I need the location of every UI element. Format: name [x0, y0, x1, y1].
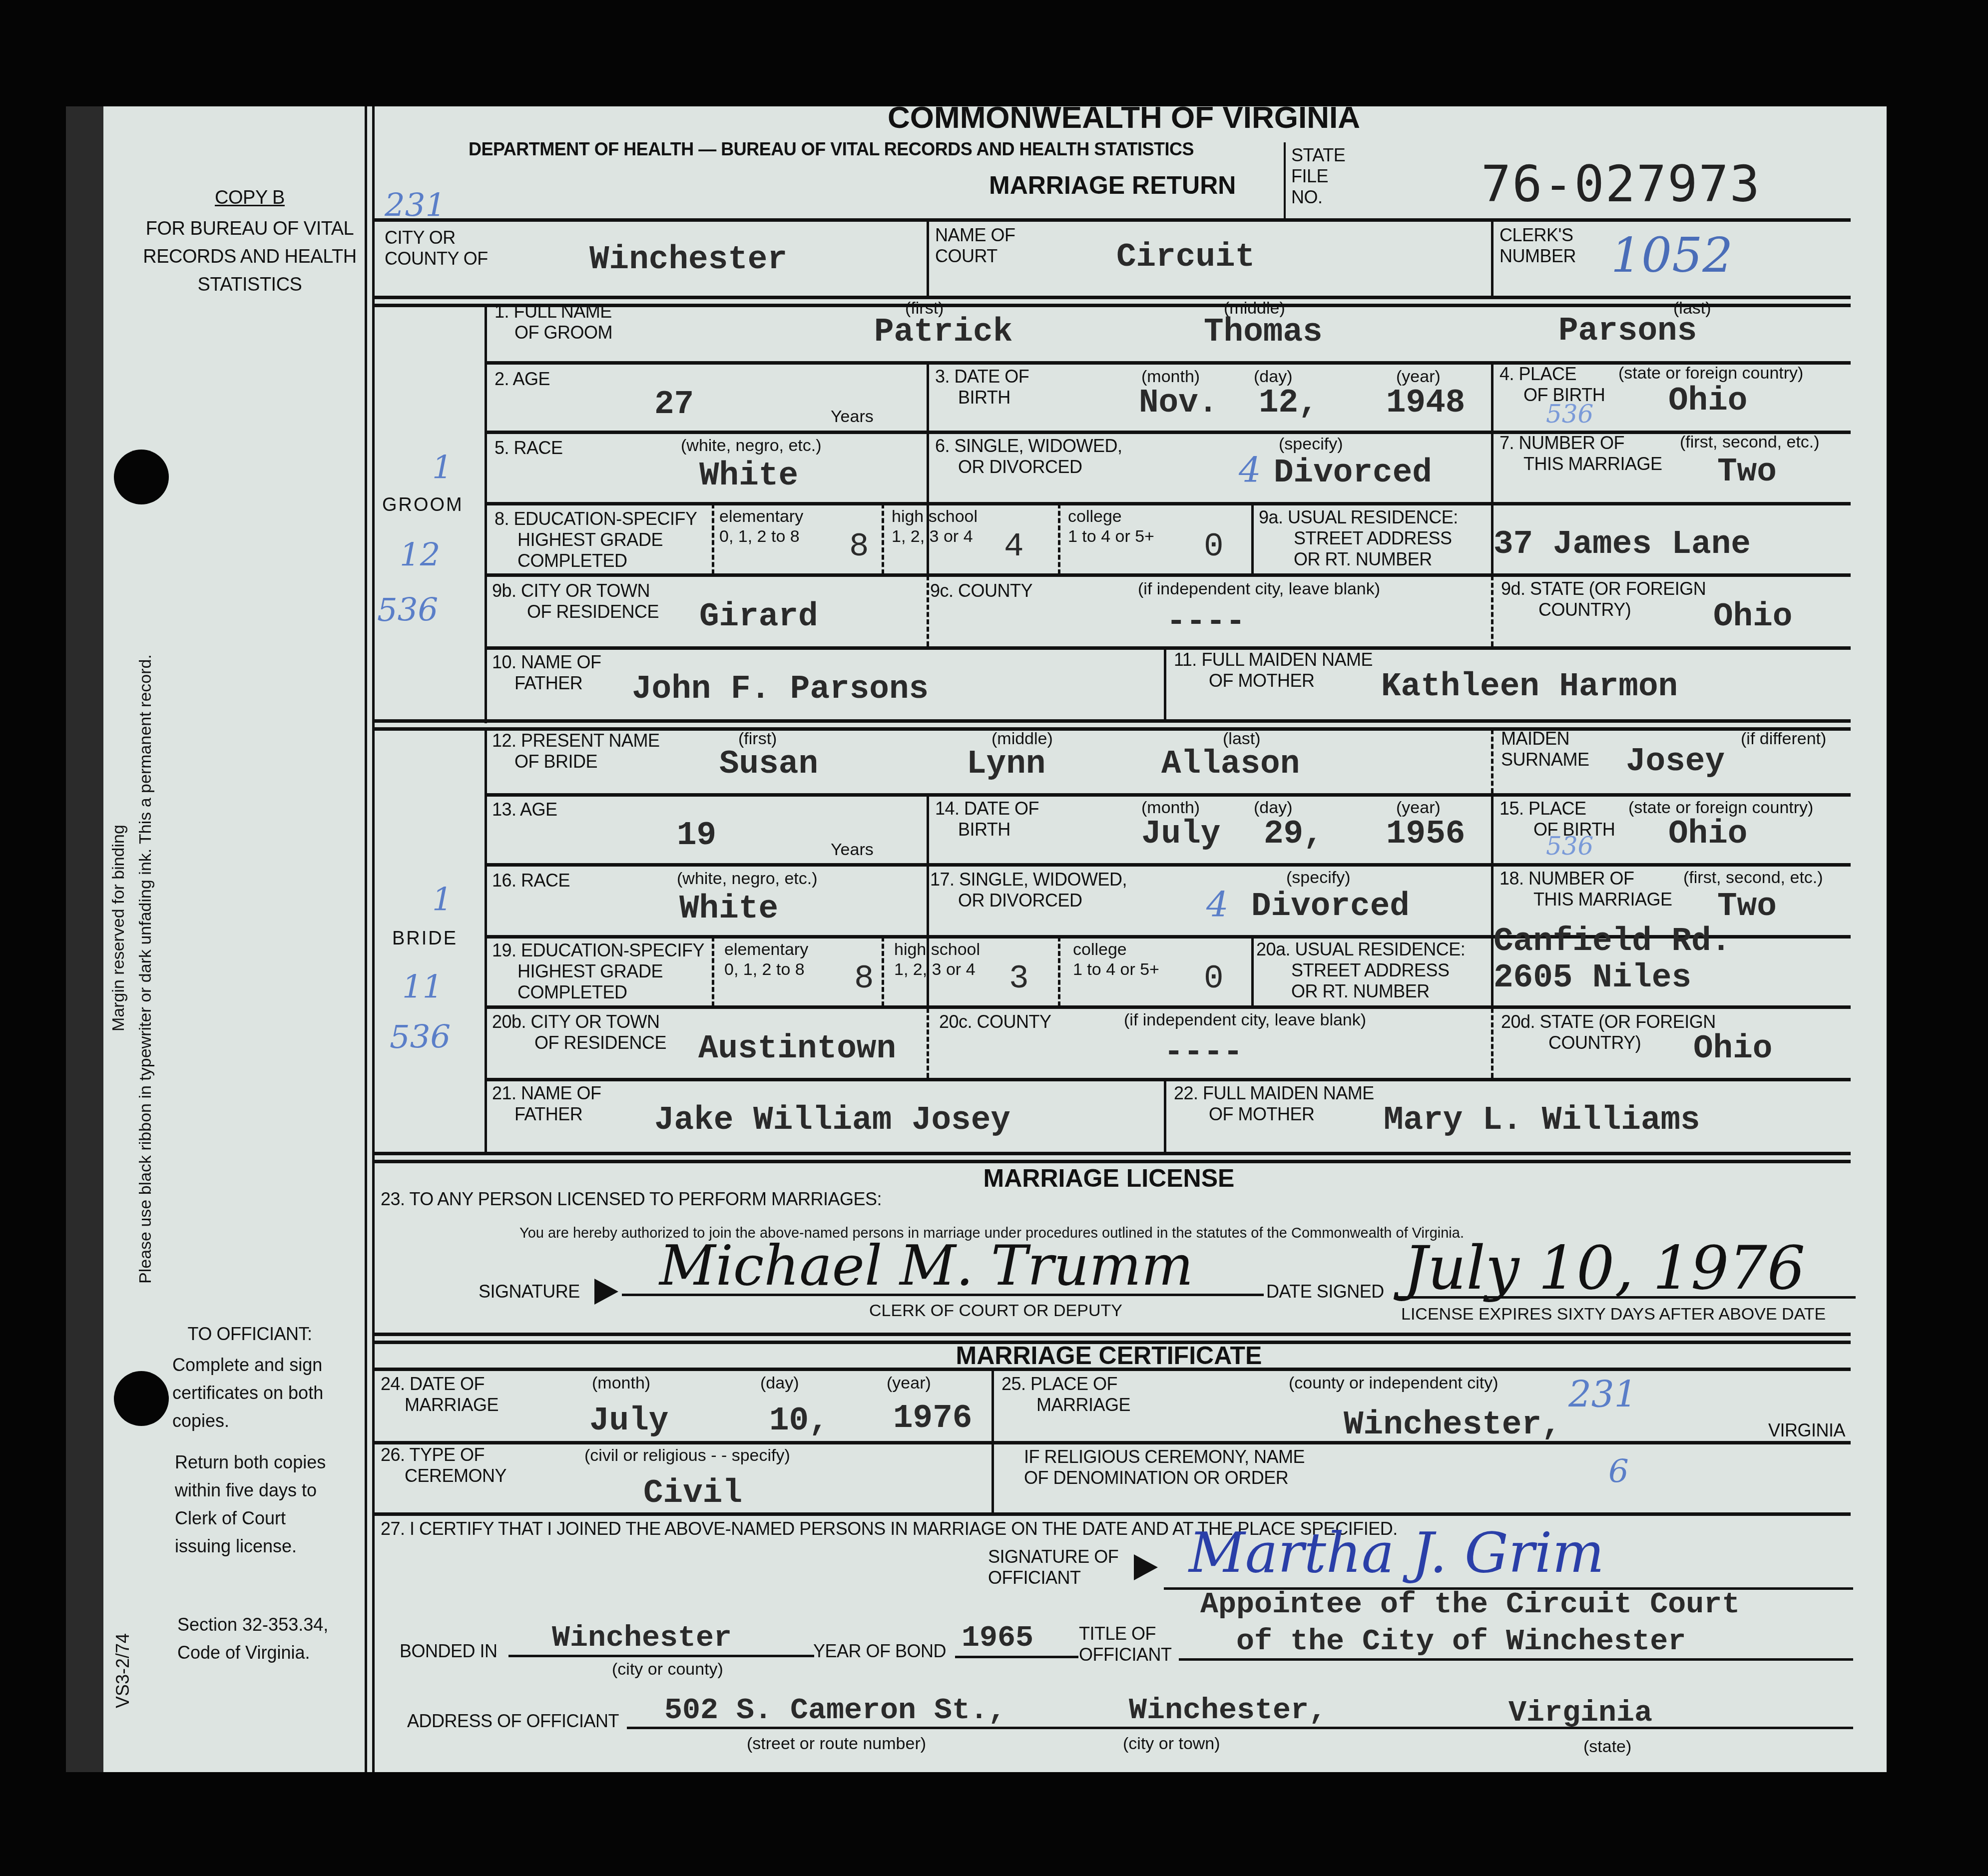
clerk-signature: Michael M. Trumm: [659, 1234, 1193, 1298]
bride-state: Ohio: [1693, 1031, 1772, 1066]
hint: (day): [760, 1374, 799, 1393]
groom-street-address: 37 James Lane: [1493, 527, 1751, 562]
groom-mother-label-2: OF MOTHER: [1209, 670, 1314, 691]
bride-edu-label-3: COMPLETED: [517, 982, 627, 1003]
bride-pob: Ohio: [1668, 817, 1747, 852]
bride-race-label: 16. RACE: [492, 870, 570, 891]
divider: [1491, 218, 1493, 298]
state-file-label-1: STATE: [1291, 145, 1345, 166]
frame-line: [365, 106, 367, 1772]
rule: [372, 1333, 1851, 1336]
bride-code-1: 1: [432, 882, 453, 919]
years-label: Years: [831, 407, 874, 426]
groom-pob: Ohio: [1668, 384, 1747, 419]
rule: [485, 793, 1851, 797]
hint: elementary: [719, 507, 803, 526]
groom-status: Divorced: [1274, 456, 1432, 490]
bride-status-label-1: 17. SINGLE, WIDOWED,: [930, 869, 1127, 890]
rule: [372, 719, 1851, 723]
bride-mother-label-2: OF MOTHER: [1209, 1104, 1314, 1125]
marriage-place-label-1: 25. PLACE OF: [1001, 1374, 1117, 1395]
bonded-in: Winchester: [552, 1621, 732, 1656]
bride-county-label: 20c. COUNTY: [939, 1011, 1051, 1032]
hint: (month): [1141, 798, 1200, 817]
hint: (if independent city, leave blank): [1138, 579, 1380, 598]
court-label-2: COURT: [935, 246, 997, 267]
hint: 1 to 4 or 5+: [1068, 527, 1154, 546]
hint: high school: [892, 507, 978, 526]
return-instruction-1: Return both copies: [175, 1448, 326, 1476]
groom-pob-code: 536: [1546, 400, 1593, 429]
bond-year-line: [955, 1656, 1078, 1658]
marriage-year: 1976: [893, 1401, 972, 1436]
groom-middle-name: Thomas: [1204, 315, 1323, 350]
bride-dob-label-2: BIRTH: [958, 819, 1010, 840]
city-label-2: COUNTY OF: [385, 248, 488, 269]
groom-race: White: [699, 459, 798, 493]
city-value: Winchester: [589, 242, 787, 277]
groom-county-label: 9c. COUNTY: [930, 580, 1032, 601]
divider: [927, 575, 929, 646]
hint: 0, 1, 2 to 8: [724, 960, 805, 979]
hint: (civil or religious - - specify): [584, 1446, 790, 1465]
marriage-place-label-2: MARRIAGE: [1036, 1395, 1130, 1415]
code-section-1: Section 32-353.34,: [177, 1611, 328, 1639]
bride-edu-label-1: 19. EDUCATION-SPECIFY: [492, 940, 704, 961]
groom-last-name: Parsons: [1558, 314, 1697, 349]
officiant-title-line-1: Appointee of the Circuit Court: [1200, 1587, 1740, 1622]
officiant-title-line-2: of the City of Winchester: [1236, 1624, 1686, 1659]
divider: [485, 727, 487, 1152]
bride-father-label-2: FATHER: [514, 1104, 582, 1125]
marriage-date-label-1: 24. DATE OF: [381, 1374, 485, 1395]
rule: [372, 1441, 1851, 1444]
groom-state-label-2: COUNTRY): [1538, 599, 1631, 620]
divider: [1251, 937, 1254, 1006]
hint: (year): [887, 1374, 931, 1393]
marriage-place-state: VIRGINIA: [1768, 1420, 1845, 1441]
groom-city: Girard: [699, 599, 818, 634]
groom-hs-grade: 4: [1004, 529, 1024, 564]
groom-mother-label-1: 11. FULL MAIDEN NAME: [1174, 649, 1373, 670]
groom-num-label-2: THIS MARRIAGE: [1523, 454, 1662, 474]
hint: (county or independent city): [1289, 1374, 1498, 1393]
groom-dob-year: 1948: [1386, 386, 1465, 421]
bride-father: Jake William Josey: [654, 1103, 1010, 1138]
groom-status-label-2: OR DIVORCED: [958, 457, 1082, 477]
rule: [485, 646, 1851, 650]
hint: (month): [592, 1374, 650, 1393]
rule: [485, 1078, 1851, 1081]
divider: [1058, 503, 1060, 574]
bride-city-label-1: 20b. CITY OR TOWN: [492, 1011, 660, 1032]
hint: (if different): [1741, 729, 1826, 748]
groom-dob-label-2: BIRTH: [958, 387, 1010, 408]
religious-code: 6: [1608, 1453, 1629, 1490]
state-file-label-3: NO.: [1291, 187, 1323, 208]
clerk-label-2: NUMBER: [1499, 246, 1576, 267]
bride-first-name: Susan: [719, 747, 818, 782]
groom-dob-label-1: 3. DATE OF: [935, 366, 1029, 387]
marriage-day: 10,: [769, 1404, 829, 1438]
groom-res-label-3: OR RT. NUMBER: [1294, 549, 1432, 570]
arrow-right-icon: [594, 1279, 618, 1305]
officiant-instruction-1: Complete and sign: [172, 1351, 322, 1379]
hint: (month): [1141, 367, 1200, 386]
groom-res-label-2: STREET ADDRESS: [1294, 528, 1452, 549]
ink-note: Please use black ribbon in typewriter or…: [136, 654, 155, 1284]
form-title: MARRIAGE RETURN: [989, 171, 1236, 200]
officiant-title-label-2: OFFICIANT: [1079, 1644, 1171, 1665]
groom-mother: Kathleen Harmon: [1381, 669, 1678, 704]
rule: [372, 1512, 1851, 1516]
groom-name-label-1: 1. FULL NAME: [495, 301, 612, 322]
bride-maiden-label-1: MAIDEN: [1501, 728, 1569, 749]
bride-age: 19: [677, 818, 716, 853]
address-label: ADDRESS OF OFFICIANT: [407, 1711, 619, 1732]
bride-middle-name: Lynn: [967, 747, 1045, 782]
bond-year-label: YEAR OF BOND: [813, 1641, 946, 1662]
divider: [882, 937, 884, 1006]
bride-county: ----: [1164, 1035, 1243, 1070]
groom-pob-label-1: 4. PLACE: [1499, 364, 1576, 385]
marriage-month: July: [589, 1404, 668, 1438]
city-hint: (city or town): [1123, 1734, 1220, 1753]
code-section-2: Code of Virginia.: [177, 1639, 310, 1667]
bride-res-label-1: 20a. USUAL RESIDENCE:: [1256, 939, 1465, 960]
hint: (specify): [1286, 868, 1350, 887]
clerk-label-1: CLERK'S: [1499, 225, 1573, 246]
bride-dob-year: 1956: [1386, 817, 1465, 852]
date-signed: July 10, 1976: [1404, 1234, 1805, 1303]
bride-num-label-2: THIS MARRIAGE: [1533, 889, 1672, 910]
bonded-hint: (city or county): [612, 1660, 723, 1679]
court-value: Circuit: [1116, 240, 1255, 275]
divider: [712, 937, 714, 1006]
hint: 1 to 4 or 5+: [1073, 960, 1159, 979]
ceremony-type-label-2: CEREMONY: [405, 1465, 506, 1486]
groom-age: 27: [654, 387, 694, 422]
years-label: Years: [831, 840, 874, 859]
ceremony-type-label-1: 26. TYPE OF: [381, 1444, 485, 1465]
certificate-title: MARRIAGE CERTIFICATE: [849, 1341, 1369, 1370]
bride-maiden-label-2: SURNAME: [1501, 749, 1589, 770]
form-number: VS3-2/74: [112, 1633, 133, 1708]
groom-race-label: 5. RACE: [495, 438, 563, 459]
bride-edu-label-2: HIGHEST GRADE: [517, 961, 663, 982]
groom-state-label-1: 9d. STATE (OR FOREIGN: [1501, 578, 1706, 599]
rule: [485, 863, 1851, 867]
groom-city-label-1: 9b. CITY OR TOWN: [492, 580, 650, 601]
groom-state: Ohio: [1713, 599, 1792, 634]
bonded-label: BONDED IN: [400, 1641, 497, 1662]
bride-res-label-2: STREET ADDRESS: [1291, 960, 1449, 981]
divider: [1491, 1008, 1493, 1078]
groom-edu-label-3: COMPLETED: [517, 550, 627, 571]
groom-county: ----: [1166, 604, 1245, 639]
bride-code-3: 536: [390, 1019, 451, 1056]
divider: [882, 503, 884, 574]
groom-res-label-1: 9a. USUAL RESIDENCE:: [1259, 507, 1458, 528]
divider: [927, 218, 929, 298]
bride-hs-grade: 3: [1009, 961, 1029, 996]
groom-elem-grade: 8: [849, 529, 869, 564]
rule: [372, 218, 1851, 222]
divider: [927, 1008, 929, 1078]
groom-dob-month: Nov.: [1139, 386, 1218, 421]
groom-edu-label-1: 8. EDUCATION-SPECIFY: [495, 508, 697, 529]
bride-state-label-2: COUNTRY): [1548, 1032, 1641, 1053]
bride-label: BRIDE: [392, 928, 458, 949]
city-label-1: CITY OR: [385, 227, 456, 248]
hint: (if independent city, leave blank): [1124, 1010, 1366, 1029]
bride-marriage-number: Two: [1717, 889, 1777, 924]
bride-status-label-2: OR DIVORCED: [958, 890, 1082, 911]
bride-name-label-2: OF BRIDE: [514, 751, 597, 772]
divider: [1284, 142, 1286, 220]
marriage-place-code: 231: [1568, 1374, 1637, 1415]
arrow-right-icon: [1134, 1554, 1158, 1580]
clerk-number: 1052: [1611, 227, 1733, 283]
bride-last-name: Allason: [1161, 747, 1300, 782]
bride-father-label-1: 21. NAME OF: [492, 1083, 601, 1104]
rule: [485, 573, 1851, 577]
groom-status-code: 4: [1239, 450, 1261, 490]
officiant-title-label-1: TITLE OF: [1079, 1623, 1156, 1644]
department-title: DEPARTMENT OF HEALTH — BUREAU OF VITAL R…: [469, 139, 1194, 160]
copy-desc-3: STATISTICS: [115, 271, 385, 299]
street-hint: (street or route number): [747, 1734, 926, 1753]
divider: [1164, 646, 1166, 721]
divider: [1491, 729, 1493, 793]
copy-label: COPY B: [115, 187, 385, 208]
divider: [485, 304, 487, 723]
court-label-1: NAME OF: [935, 225, 1015, 246]
divider: [1491, 575, 1493, 646]
bride-status-code: 4: [1206, 884, 1229, 925]
officiant-instruction-2: certificates on both: [172, 1379, 323, 1407]
bride-street-address-2: 2605 Niles: [1493, 960, 1691, 995]
frame-line: [372, 106, 375, 1772]
return-instruction-3: Clerk of Court: [175, 1504, 286, 1532]
marriage-place: Winchester,: [1344, 1407, 1561, 1442]
groom-father-label-2: FATHER: [514, 673, 582, 694]
binding-strip: [66, 106, 103, 1772]
hint: college: [1073, 940, 1127, 959]
rule: [372, 1152, 1851, 1155]
groom-code-2: 12: [400, 537, 440, 574]
bride-pob-code: 536: [1546, 832, 1593, 861]
officiant-state: Virginia: [1508, 1696, 1652, 1731]
bride-num-label-1: 18. NUMBER OF: [1499, 868, 1634, 889]
bride-pob-label-1: 15. PLACE: [1499, 798, 1586, 819]
groom-father-label-1: 10. NAME OF: [492, 652, 601, 673]
bride-elem-grade: 8: [854, 961, 874, 996]
copy-desc-2: RECORDS AND HEALTH: [115, 243, 385, 271]
hint: 0, 1, 2 to 8: [719, 527, 800, 546]
groom-code-3: 536: [377, 592, 438, 629]
hint: (day): [1254, 367, 1292, 386]
officiant-heading: TO OFFICIANT:: [115, 1324, 385, 1345]
state-file-label-2: FILE: [1291, 166, 1328, 187]
license-expires-note: LICENSE EXPIRES SIXTY DAYS AFTER ABOVE D…: [1401, 1305, 1826, 1324]
divider: [712, 503, 714, 574]
officiant-city: Winchester,: [1129, 1693, 1327, 1728]
punch-hole-icon: [114, 450, 169, 504]
hint: 1, 2, 3 or 4: [894, 960, 976, 979]
hint: (white, negro, etc.): [681, 436, 822, 455]
rule: [372, 296, 1851, 299]
hint: (state or foreign country): [1628, 798, 1813, 817]
bride-dob-day: 29,: [1264, 817, 1323, 852]
groom-code-1: 1: [432, 450, 453, 486]
state-hint: (state): [1583, 1737, 1631, 1756]
hint: (white, negro, etc.): [677, 869, 818, 888]
groom-status-label-1: 6. SINGLE, WIDOWED,: [935, 436, 1122, 457]
rule: [485, 431, 1851, 434]
binding-note: Margin reserved for binding: [109, 825, 128, 1031]
bride-dob-month: July: [1141, 817, 1220, 852]
rule: [372, 1160, 1851, 1163]
bond-year: 1965: [962, 1621, 1033, 1656]
hint: elementary: [724, 940, 808, 959]
divider: [1164, 1078, 1166, 1152]
bride-res-label-3: OR RT. NUMBER: [1291, 981, 1430, 1002]
hint: (specify): [1279, 435, 1343, 454]
officiant-instruction-3: copies.: [172, 1407, 229, 1435]
hint: (state or foreign country): [1618, 364, 1803, 383]
bride-street-address-1: Canfield Rd.: [1493, 924, 1731, 959]
bride-race: White: [679, 892, 778, 927]
bride-state-label-1: 20d. STATE (OR FOREIGN: [1501, 1011, 1716, 1032]
divider: [992, 1443, 994, 1513]
bride-name-label-1: 12. PRESENT NAME: [492, 730, 659, 751]
bride-city: Austintown: [698, 1031, 896, 1066]
bride-mother-label-1: 22. FULL MAIDEN NAME: [1174, 1083, 1374, 1104]
bride-age-label: 13. AGE: [492, 799, 557, 820]
groom-dob-day: 12,: [1259, 386, 1318, 421]
groom-name-label-2: OF GROOM: [514, 322, 612, 343]
officiant-sig-label-2: OFFICIANT: [988, 1567, 1080, 1588]
divider: [1058, 937, 1060, 1006]
divider: [1251, 503, 1254, 574]
state-file-number: 76-027973: [1481, 155, 1761, 213]
officiant-signature: Martha J. Grim: [1189, 1521, 1604, 1585]
groom-marriage-number: Two: [1717, 455, 1777, 489]
groom-edu-label-2: HIGHEST GRADE: [517, 529, 663, 550]
rule: [485, 1005, 1851, 1009]
signature-label: SIGNATURE: [479, 1281, 580, 1302]
groom-num-label-1: 7. NUMBER OF: [1499, 433, 1624, 454]
hint: (day): [1254, 798, 1292, 817]
religious-label-2: OF DENOMINATION OR ORDER: [1024, 1467, 1288, 1488]
hint: (year): [1396, 798, 1441, 817]
ceremony-type: Civil: [643, 1476, 742, 1511]
bride-status: Divorced: [1251, 889, 1410, 924]
rule: [372, 1368, 1851, 1371]
copy-desc-1: FOR BUREAU OF VITAL: [115, 215, 385, 243]
hint: 1, 2, 3 or 4: [892, 527, 973, 546]
hint: (first, second, etc.): [1683, 868, 1823, 887]
bride-city-label-2: OF RESIDENCE: [534, 1032, 666, 1053]
hint: college: [1068, 507, 1122, 526]
return-instruction-4: issuing license.: [175, 1532, 297, 1560]
bride-code-2: 11: [402, 969, 443, 1006]
marriage-date-label-2: MARRIAGE: [405, 1395, 498, 1415]
bride-dob-label-1: 14. DATE OF: [935, 798, 1039, 819]
bride-maiden-surname: Josey: [1626, 744, 1725, 779]
rule: [485, 502, 1851, 505]
bride-mother: Mary L. Williams: [1384, 1103, 1700, 1138]
groom-college-grade: 0: [1204, 529, 1224, 564]
date-signed-label: DATE SIGNED: [1266, 1281, 1384, 1302]
hint: (first, second, etc.): [1680, 433, 1820, 452]
return-instruction-2: within five days to: [175, 1476, 317, 1504]
license-to-any: 23. TO ANY PERSON LICENSED TO PERFORM MA…: [381, 1189, 882, 1210]
officiant-sig-label-1: SIGNATURE OF: [988, 1546, 1118, 1567]
hint: (year): [1396, 367, 1441, 386]
groom-city-label-2: OF RESIDENCE: [527, 601, 659, 622]
clerk-caption: CLERK OF COURT OR DEPUTY: [869, 1301, 1122, 1320]
bride-college-grade: 0: [1204, 961, 1224, 996]
groom-father: John F. Parsons: [632, 672, 929, 707]
religious-label-1: IF RELIGIOUS CEREMONY, NAME: [1024, 1446, 1305, 1467]
groom-age-label: 2. AGE: [495, 369, 550, 390]
hint: high school: [894, 940, 980, 959]
license-title: MARRIAGE LICENSE: [849, 1164, 1369, 1193]
officiant-street: 502 S. Cameron St.,: [664, 1693, 1006, 1728]
state-title: COMMONWEALTH OF VIRGINIA: [749, 100, 1498, 135]
punch-hole-icon: [114, 1371, 169, 1426]
groom-label: GROOM: [382, 494, 464, 515]
groom-first-name: Patrick: [874, 315, 1012, 350]
